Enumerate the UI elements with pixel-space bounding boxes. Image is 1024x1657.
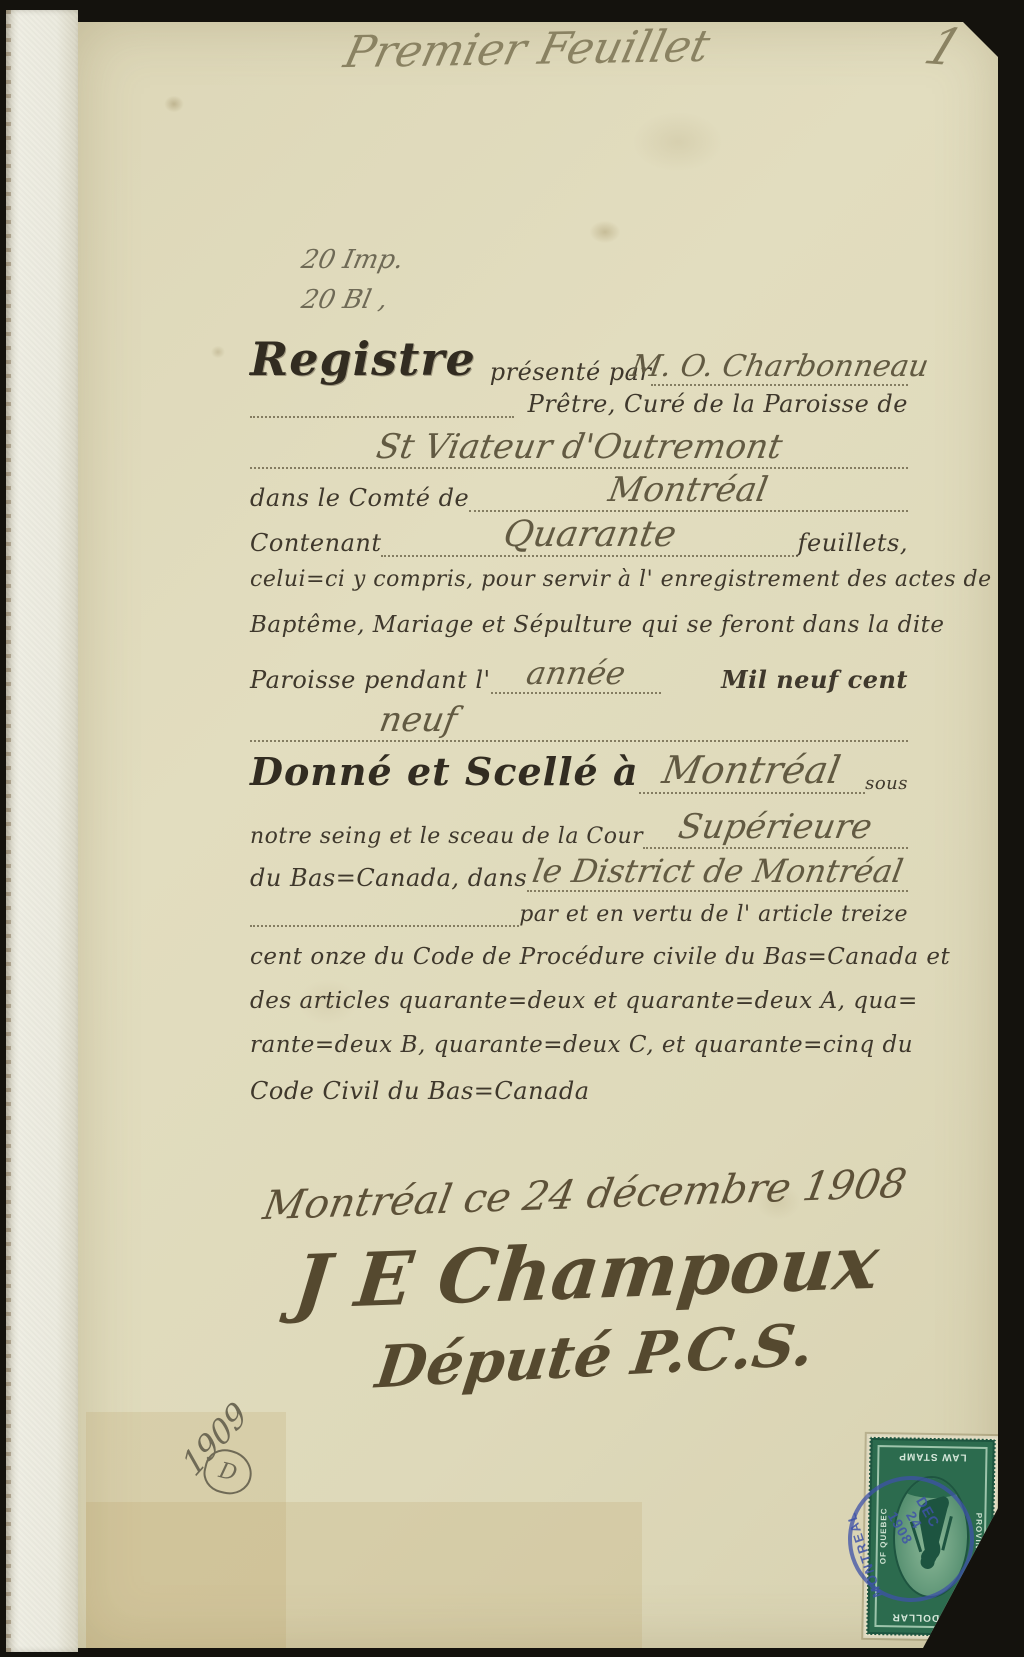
stamp-denomination-label: ONE DOLLAR: [891, 1611, 967, 1623]
printed-text: feuillets,: [798, 529, 908, 557]
form-line-16: rante=deux B, quarante=deux C, et quaran…: [250, 1032, 908, 1058]
entry-blank: [250, 919, 519, 927]
printed-text: Contenant: [250, 529, 381, 557]
handwritten-entry: Quarante: [500, 514, 679, 555]
entry-blank: année: [491, 654, 661, 694]
registre-ornate-word: Registre: [250, 332, 476, 386]
entry-blank: Montréal: [639, 748, 866, 794]
printed-text: Donné et Scellé à: [250, 749, 639, 794]
printed-text: Paroisse pendant l': [250, 666, 491, 694]
printed-text: par et en vertu de l' article treize: [519, 902, 908, 927]
printed-text: Baptême, Mariage et Sépulture qui se fer…: [250, 612, 945, 638]
stamp-bottom-label: LAW STAMP: [898, 1450, 966, 1462]
handwritten-entry: neuf: [376, 700, 460, 740]
form-line-12: du Bas=Canada, dans le District de Montr…: [250, 852, 908, 892]
circled-mark-letter: D: [216, 1458, 239, 1487]
handwritten-entry: Montréal: [659, 748, 844, 792]
handwritten-entry: le District de Montréal: [529, 852, 905, 890]
form-line-4: dans le Comté de Montréal: [250, 470, 908, 512]
signature-title: Député P.C.S.: [372, 1311, 817, 1402]
entry-blank: Quarante: [381, 514, 797, 557]
postmark-date: DEC241908: [874, 1473, 956, 1566]
entry-blank: neuf: [250, 700, 908, 742]
form-line-14: cent onze du Code de Procédure civile du…: [250, 944, 908, 970]
entry-blank: Montréal: [469, 470, 908, 512]
printed-text: notre seing et le sceau de la Cour: [250, 824, 643, 849]
page-number: 1: [917, 17, 971, 77]
form-line-3: St Viateur d'Outremont: [250, 427, 908, 469]
pencil-note-line: 20 Imp.: [298, 240, 408, 280]
scanned-register-page: { "header": { "title": "Premier Feuillet…: [0, 0, 1024, 1657]
register-title-page: Premier Feuillet 1 20 Imp. 20 Bl , Regis…: [78, 22, 998, 1648]
pencil-note-line: 20 Bl ,: [298, 280, 408, 320]
entry-blank: le District de Montréal: [527, 852, 908, 892]
printed-text: rante=deux B, quarante=deux C, et quaran…: [250, 1032, 913, 1058]
entry-blank: St Viateur d'Outremont: [250, 427, 908, 469]
form-line-1: Registre présenté par M. O. Charbonneau: [250, 332, 908, 386]
handwritten-entry: M. O. Charbonneau: [628, 349, 931, 384]
form-line-10: Donné et Scellé à Montréal sous: [250, 748, 908, 794]
handwritten-entry: année: [523, 654, 628, 692]
entry-blank: Supérieure: [643, 807, 908, 849]
form-line-13: par et en vertu de l' article treize: [250, 902, 908, 927]
printed-text: sous: [865, 773, 908, 794]
pencil-count-note: 20 Imp. 20 Bl ,: [302, 240, 403, 320]
form-line-15: des articles quarante=deux et quarante=d…: [250, 988, 908, 1014]
handwritten-entry: Montréal: [606, 470, 771, 510]
printed-text: Code Civil du Bas=Canada: [250, 1077, 590, 1105]
handwritten-entry: Supérieure: [676, 807, 876, 847]
form-line-8: Paroisse pendant l' année Mil neuf cent: [250, 654, 908, 694]
form-line-2: Prêtre, Curé de la Paroisse de: [250, 390, 908, 418]
form-line-5: Contenant Quarante feuillets,: [250, 514, 908, 557]
printed-text: du Bas=Canada, dans: [250, 864, 527, 892]
page-title-handwritten: Premier Feuillet: [339, 21, 714, 78]
book-binding-strip: [6, 10, 78, 1652]
printed-text: dans le Comté de: [250, 484, 469, 512]
tape-patch: [86, 1502, 642, 1648]
printed-text: Prêtre, Curé de la Paroisse de: [528, 390, 908, 418]
binding-stitch-edge: [6, 10, 11, 1652]
dateline-handwritten: Montréal ce 24 décembre 1908: [260, 1161, 910, 1229]
printed-text: Mil neuf cent: [721, 665, 908, 694]
printed-text: des articles quarante=deux et quarante=d…: [250, 988, 918, 1014]
entry-blank: M. O. Charbonneau: [651, 349, 908, 386]
form-line-17: Code Civil du Bas=Canada: [250, 1077, 908, 1105]
printed-text: cent onze du Code de Procédure civile du…: [250, 944, 950, 970]
form-line-6: celui=ci y compris, pour servir à l' enr…: [250, 567, 908, 592]
postmark-city: MONTREAL: [843, 1509, 885, 1599]
printed-text: celui=ci y compris, pour servir à l' enr…: [250, 567, 992, 592]
handwritten-entry: St Viateur d'Outremont: [373, 427, 785, 467]
form-line-9: neuf: [250, 700, 908, 742]
signature-name: J E Champoux: [290, 1220, 882, 1326]
form-line-11: notre seing et le sceau de la Cour Supér…: [250, 807, 908, 849]
form-line-7: Baptême, Mariage et Sépulture qui se fer…: [250, 612, 908, 638]
entry-blank: [250, 410, 514, 418]
